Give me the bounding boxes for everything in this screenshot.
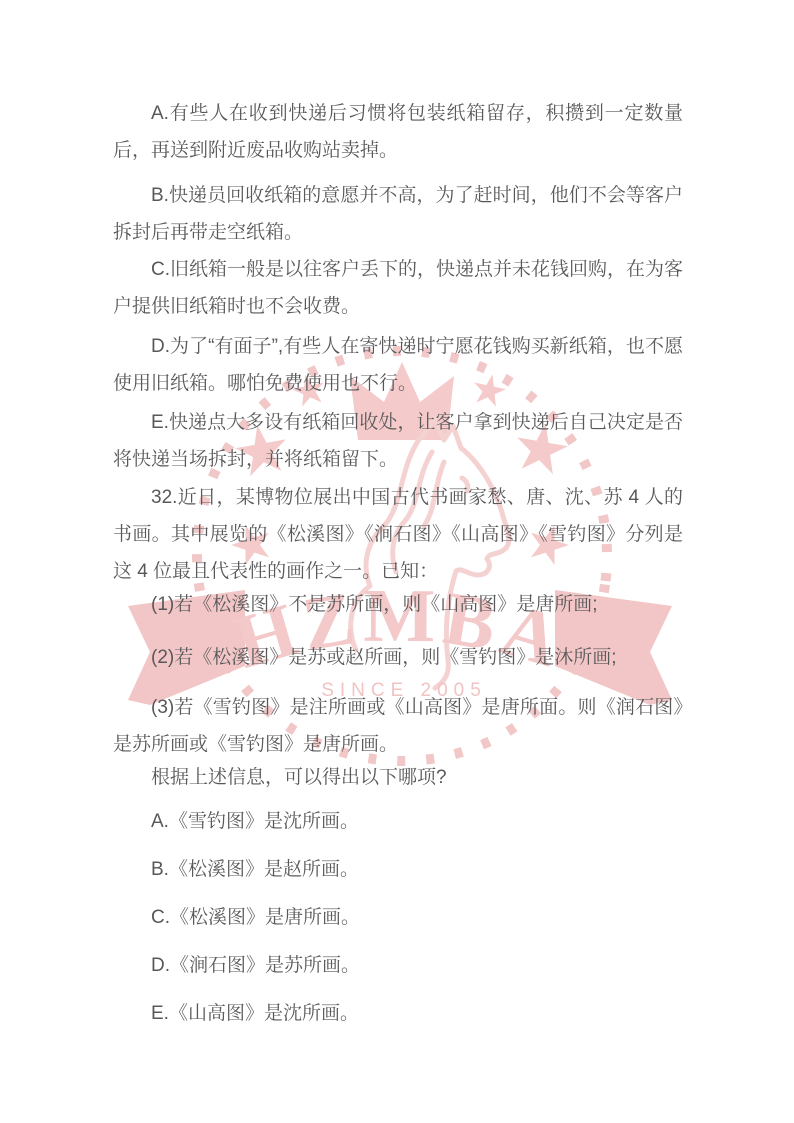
q32-prompt: 根据上述信息，可以得出以下哪项?	[113, 759, 683, 796]
q32-option-a: A.《雪钓图》是沈所画。	[113, 803, 683, 840]
document-page: HZMBA SINCE 2005 A.有些人在收到快递后习惯将包装纸箱留存，积攒…	[0, 0, 794, 1123]
q31-option-c: C.旧纸箱一般是以往客户丢下的，快递点并未花钱回购，在为客户提供旧纸箱时也不会收…	[113, 251, 683, 325]
q31-option-a: A.有些人在收到快递后习惯将包装纸箱留存，积攒到一定数量后，再送到附近废品收购站…	[113, 95, 683, 169]
document-content: A.有些人在收到快递后习惯将包装纸箱留存，积攒到一定数量后，再送到附近废品收购站…	[0, 0, 794, 1123]
q31-option-e: E.快递点大多设有纸箱回收处，让客户拿到快递后自己决定是否将快递当场拆封，并将纸…	[113, 404, 683, 478]
q32-option-c: C.《松溪图》是唐所画。	[113, 899, 683, 936]
q32-stem: 32.近日，某博物位展出中国古代书画家愁、唐、沈、苏 4 人的书画。其中展览的《…	[113, 479, 683, 590]
q32-option-e: E.《山高图》是沈所画。	[113, 995, 683, 1032]
q31-option-d: D.为了“有面子”,有些人在寄快递时宁愿花钱购买新纸箱，也不愿使用旧纸箱。哪怕免…	[113, 328, 683, 402]
q32-condition-1: (1)若《松溪图》不是苏所画，则《山高图》是唐所画;	[113, 586, 683, 623]
q32-condition-3: (3)若《雪钓图》是注所画或《山高图》是唐所面。则《润石图》是苏所画或《雪钓图》…	[113, 689, 683, 763]
q31-option-b: B.快递员回收纸箱的意愿并不高，为了赶时间，他们不会等客户拆封后再带走空纸箱。	[113, 177, 683, 251]
q32-option-d: D.《涧石图》是苏所画。	[113, 947, 683, 984]
q32-condition-2: (2)若《松溪图》是苏或赵所画，则《雪钓图》是沐所画;	[113, 639, 683, 676]
q32-option-b: B.《松溪图》是赵所画。	[113, 851, 683, 888]
